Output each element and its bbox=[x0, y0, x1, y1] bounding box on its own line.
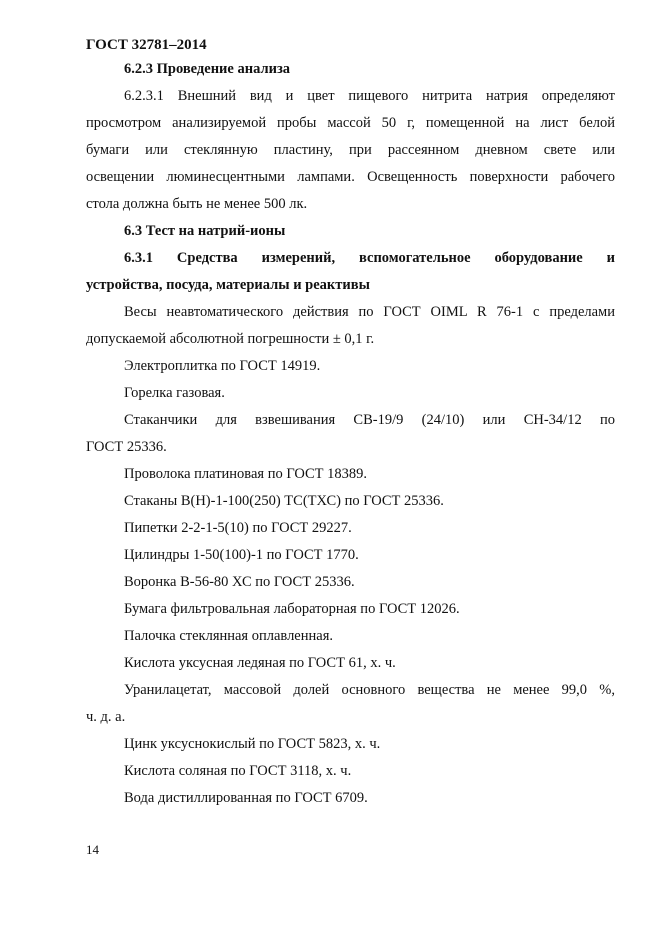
text-line: Пипетки 2-2-1-5(10) по ГОСТ 29227. bbox=[86, 519, 615, 537]
text-line: Горелка газовая. bbox=[86, 384, 615, 402]
text-line: бумаги или стеклянную пластину, при расс… bbox=[86, 141, 615, 159]
text-line: освещении люминесцентными лампами. Освещ… bbox=[86, 168, 615, 186]
text-line: Цилиндры 1-50(100)-1 по ГОСТ 1770. bbox=[86, 546, 615, 564]
text-line: Проволока платиновая по ГОСТ 18389. bbox=[86, 465, 615, 483]
page-number: 14 bbox=[86, 842, 99, 858]
text-line: Весы неавтоматического действия по ГОСТ … bbox=[86, 303, 615, 321]
section-heading: 6.3.1 Средства измерений, вспомогательно… bbox=[86, 249, 615, 267]
text-line: просмотром анализируемой пробы массой 50… bbox=[86, 114, 615, 132]
text-line: Кислота уксусная ледяная по ГОСТ 61, х. … bbox=[86, 654, 615, 672]
text-line: Электроплитка по ГОСТ 14919. bbox=[86, 357, 615, 375]
text-line: Стаканчики для взвешивания СВ-19/9 (24/1… bbox=[86, 411, 615, 429]
text-line: Стаканы В(Н)-1-100(250) ТС(ТХС) по ГОСТ … bbox=[86, 492, 615, 510]
text-line: Бумага фильтровальная лабораторная по ГО… bbox=[86, 600, 615, 618]
section-heading: 6.3 Тест на натрий-ионы bbox=[86, 222, 615, 240]
document-id-header: ГОСТ 32781–2014 bbox=[86, 37, 207, 54]
text-line: Уранилацетат, массовой долей основного в… bbox=[86, 681, 615, 699]
text-line: стола должна быть не менее 500 лк. bbox=[86, 195, 615, 213]
text-line: Кислота соляная по ГОСТ 3118, х. ч. bbox=[86, 762, 615, 780]
text-line: 6.2.3.1 Внешний вид и цвет пищевого нитр… bbox=[86, 87, 615, 105]
text-line: допускаемой абсолютной погрешности ± 0,1… bbox=[86, 330, 615, 348]
text-line: устройства, посуда, материалы и реактивы bbox=[86, 276, 615, 294]
text-line: ч. д. а. bbox=[86, 708, 615, 726]
section-heading: 6.2.3 Проведение анализа bbox=[86, 60, 615, 78]
text-line: ГОСТ 25336. bbox=[86, 438, 615, 456]
text-line: Палочка стеклянная оплавленная. bbox=[86, 627, 615, 645]
text-line: Цинк уксуснокислый по ГОСТ 5823, х. ч. bbox=[86, 735, 615, 753]
text-line: Вода дистиллированная по ГОСТ 6709. bbox=[86, 789, 615, 807]
text-line: Воронка В-56-80 ХС по ГОСТ 25336. bbox=[86, 573, 615, 591]
